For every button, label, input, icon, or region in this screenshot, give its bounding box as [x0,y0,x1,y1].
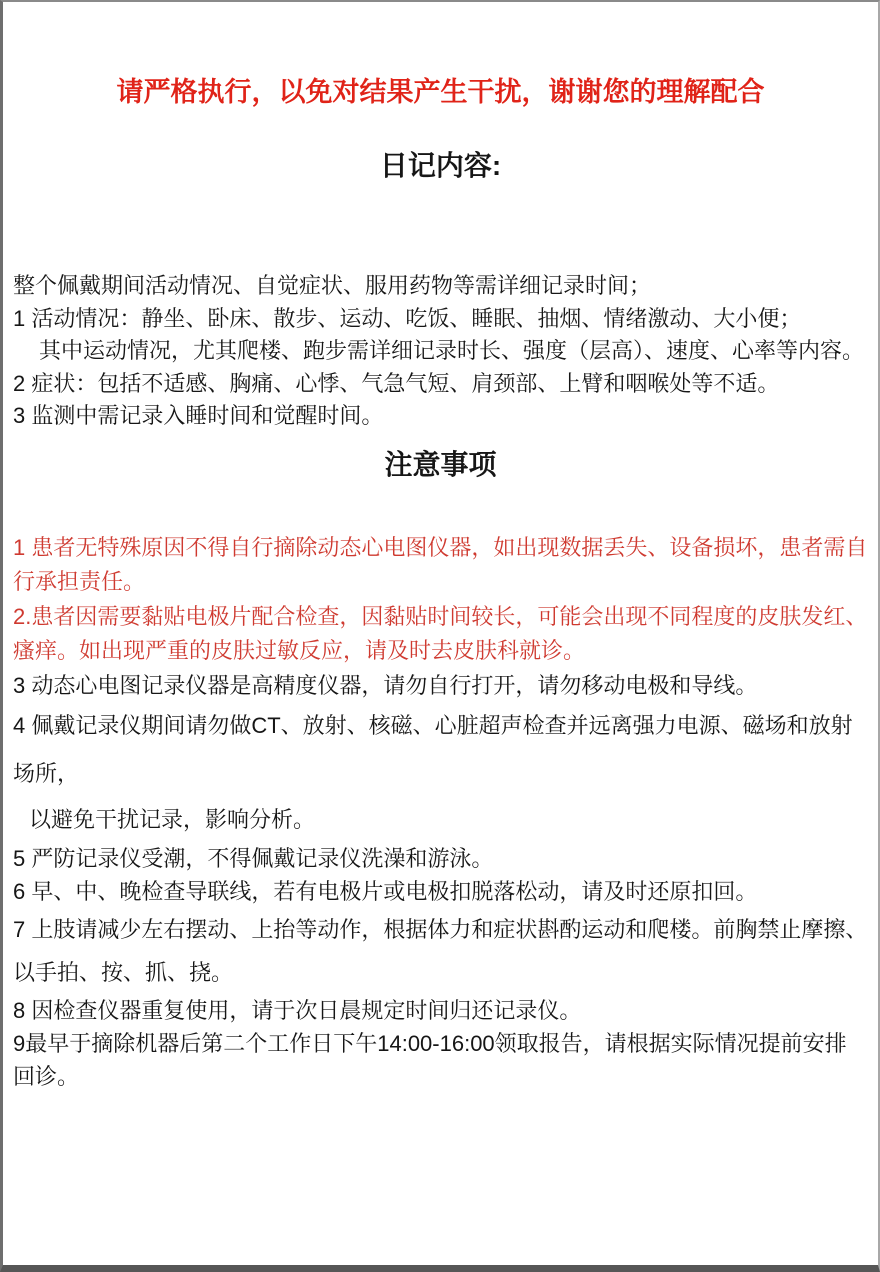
notice-item-arm-movement: 7 上肢请减少左右摆动、上抬等动作，根据体力和症状斟酌运动和爬楼。前胸禁止摩擦、… [13,908,868,994]
notice-item-return-device: 8 因检查仪器重复使用，请于次日晨规定时间归还记录仪。 [13,994,868,1027]
notice-item-precision-device: 3 动态心电图记录仪器是高精度仪器，请勿自行打开，请勿移动电极和导线。 [13,669,868,702]
diary-instructions: 整个佩戴期间活动情况、自觉症状、服用药物等需详细记录时间； 1 活动情况：静坐、… [13,270,868,433]
diary-item-activity-note: 其中运动情况，尤其爬楼、跑步需详细记录时长、强度（层高）、速度、心率等内容。 [13,335,868,368]
diary-item-symptoms: 2 症状：包括不适感、胸痛、心悸、气急气短、肩颈部、上臂和咽喉处等不适。 [13,368,868,401]
notice-red-item-skin: 2.患者因需要黏贴电极片配合检查，因黏贴时间较长，可能会出现不同程度的皮肤发红、… [13,600,868,669]
notice-items: 3 动态心电图记录仪器是高精度仪器，请勿自行打开，请勿移动电极和导线。 4 佩戴… [13,669,868,1093]
notice-red-item-removal: 1 患者无特殊原因不得自行摘除动态心电图仪器，如出现数据丢失、设备损坏，患者需自… [13,531,868,600]
notice-section-heading: 注意事项 [13,447,868,483]
sheet-content: 请严格执行，以免对结果产生干扰，谢谢您的理解配合 日记内容: 整个佩戴期间活动情… [3,74,878,1093]
notice-item-report-pickup: 9最早于摘除机器后第二个工作日下午14:00-16:00领取报告，请根据实际情况… [13,1027,868,1093]
notice-item-check-leads: 6 早、中、晚检查导联线，若有电极片或电极扣脱落松动，请及时还原扣回。 [13,875,868,908]
notice-item-moisture: 5 严防记录仪受潮，不得佩戴记录仪洗澡和游泳。 [13,842,868,875]
diary-item-activity: 1 活动情况：静坐、卧床、散步、运动、吃饭、睡眠、抽烟、情绪激动、大小便； [13,303,868,336]
patient-instruction-sheet: 请严格执行，以免对结果产生干扰，谢谢您的理解配合 日记内容: 整个佩戴期间活动情… [0,0,880,1272]
diary-intro-line: 整个佩戴期间活动情况、自觉症状、服用药物等需详细记录时间； [13,270,868,303]
notice-item-avoid-ct-note: 以避免干扰记录，影响分析。 [13,798,868,842]
diary-item-sleep: 3 监测中需记录入睡时间和觉醒时间。 [13,400,868,433]
diary-section-heading: 日记内容: [13,148,868,184]
notice-red-warnings: 1 患者无特殊原因不得自行摘除动态心电图仪器，如出现数据丢失、设备损坏，患者需自… [13,531,868,669]
warning-title: 请严格执行，以免对结果产生干扰，谢谢您的理解配合 [13,74,868,110]
notice-item-avoid-ct: 4 佩戴记录仪期间请勿做CT、放射、核磁、心脏超声检查并远离强力电源、磁场和放射… [13,702,868,798]
